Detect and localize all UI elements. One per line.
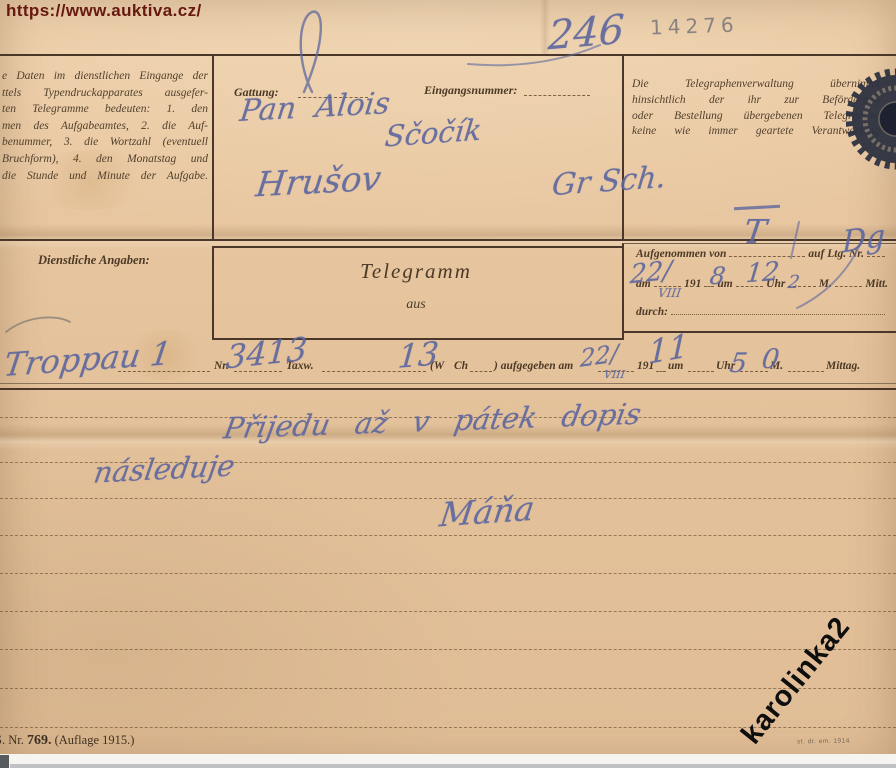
notice-line: hinsichtlich der ihr zur Beförderung	[632, 93, 880, 109]
handwritten-sent-min1: 5	[728, 348, 750, 379]
handwritten-t-overbar	[734, 205, 780, 210]
blank-leader	[656, 371, 666, 372]
scan-edge-notch	[0, 755, 9, 768]
footer-prefix: S. Nr.	[0, 733, 24, 747]
handwriting-flourish	[301, 12, 321, 92]
notice-line: men des Aufgabeamtes, 2. die Auf-	[2, 118, 208, 135]
handwritten-recipient-surname: Sčočík	[383, 112, 483, 153]
ruled-line	[0, 649, 896, 650]
notice-line: keine wie immer geartete Verantwortung	[632, 124, 880, 140]
handwritten-region: Gr Sch.	[550, 160, 667, 203]
handwritten-destination: Hrušov	[254, 159, 384, 206]
notice-line: ten Telegramme bedeuten: 1. den	[2, 101, 208, 118]
notice-line: benummer, 3. die Wortzahl (eventuell	[2, 134, 208, 151]
footer-suffix: (Auflage 1915.)	[55, 733, 135, 747]
mittag-label: Mittag.	[826, 360, 860, 372]
handwritten-taxw-value: 13	[396, 334, 440, 376]
handwritten-message-line2: následuje	[91, 448, 237, 490]
durch-label: durch:	[636, 306, 668, 318]
m-label: M.	[819, 278, 832, 290]
mitt-label: Mitt.	[865, 278, 888, 290]
ruled-line	[0, 611, 896, 612]
notice-line: e Daten im dienstlichen Eingange der	[2, 68, 208, 85]
aufgegeben-am-label: ) aufgegeben am	[494, 360, 573, 372]
handwritten-sent-hour: 11	[648, 326, 689, 372]
blank-leader	[688, 371, 714, 372]
handwritten-signature: Máňa	[437, 488, 537, 534]
form-number-footer: S. Nr. 769. (Auflage 1915.)	[0, 733, 134, 749]
handwritten-received-hour: 12	[744, 257, 780, 290]
column-divider-right	[622, 54, 624, 240]
message-area-top-border	[0, 388, 896, 390]
handwritten-received-month: VIII	[657, 286, 682, 300]
notice-line: Die Telegraphenverwaltung übernimmt	[632, 77, 880, 93]
handwritten-sent-month: VIII	[603, 368, 626, 381]
ruled-line	[0, 535, 896, 536]
form-border-top	[0, 54, 896, 56]
blank-leader	[671, 313, 885, 315]
ruled-line	[0, 573, 896, 574]
blank-leader	[470, 371, 492, 372]
handwritten-recipient-name: Pan Alois	[238, 86, 392, 129]
received-line-3: durch:	[636, 306, 888, 318]
footer-number: 769.	[27, 733, 52, 748]
notice-line: ttels Typendruckapparates ausgefer-	[2, 85, 208, 102]
right-printed-notice: Die Telegraphenverwaltung übernimmt hins…	[632, 77, 880, 140]
blank-leader	[788, 371, 824, 372]
pencil-number: 14276	[650, 12, 739, 39]
column-divider-left	[212, 54, 214, 240]
blank-leader	[835, 285, 862, 287]
eingangsnummer-label: Eingangsnummer:	[424, 83, 517, 98]
dienstliche-angaben-label: Dienstliche Angaben:	[38, 253, 150, 268]
left-printed-notice: e Daten im dienstlichen Eingange der tte…	[2, 68, 208, 184]
eingangsnummer-blank	[524, 95, 590, 96]
handwritten-number: 246	[547, 6, 625, 59]
jahr-label: 191	[684, 278, 701, 290]
handwritten-ltg-value: Dg	[842, 218, 885, 260]
form-title: Telegramm	[212, 259, 620, 284]
telegram-scan: https://www.auktiva.cz/ 14276 e Daten im…	[0, 0, 896, 768]
notice-line: oder Bestellung übergebenen Telegramme	[632, 109, 880, 125]
notice-line: die Stunde und Minute der Aufgabe.	[2, 168, 208, 185]
form-title-sub: aus	[212, 297, 620, 313]
printer-mark: st. dr. em. 1914	[797, 738, 850, 746]
watermark-text: karolinka2	[735, 611, 857, 751]
url-overlay-text: https://www.auktiva.cz/	[6, 1, 202, 21]
pencil-flourish	[6, 317, 70, 332]
notice-line: Bruchform), 4. den Monatstag und	[2, 151, 208, 168]
postal-stamp-seal	[846, 58, 896, 180]
dispatch-line-rule	[0, 383, 896, 384]
ch-label: Ch	[454, 360, 468, 372]
scan-edge-shadow	[10, 764, 896, 768]
ruled-line	[0, 688, 896, 689]
